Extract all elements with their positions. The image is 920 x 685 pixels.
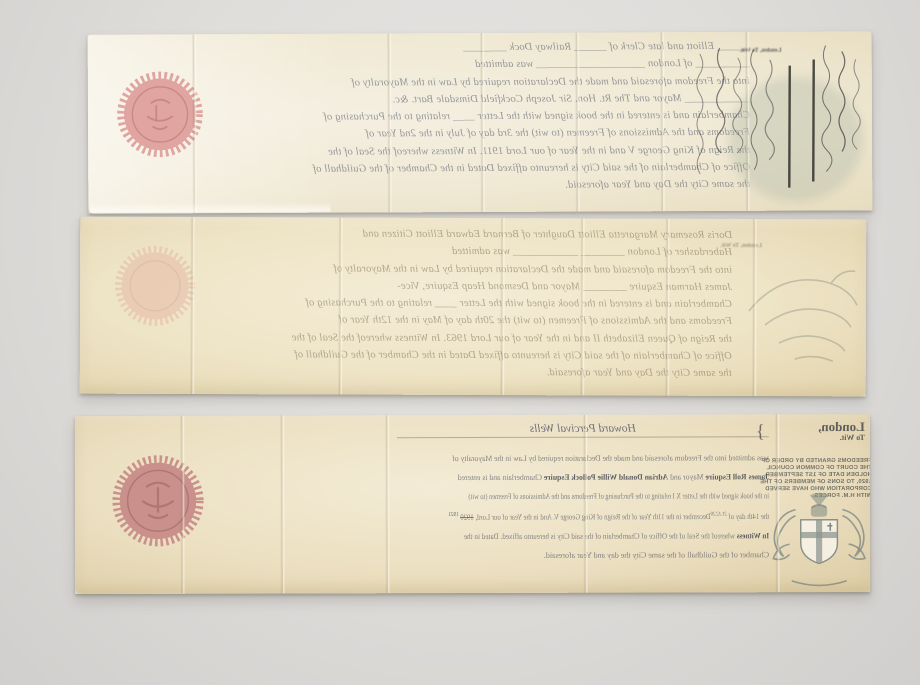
paper-sheet: Doris Rosemary Margaretta Elliott Daught… [80,217,867,397]
corrected-year: 1921 [448,512,458,518]
text-line: Haberdasher of London ________ _________… [184,242,732,261]
embossed-seal [109,452,207,550]
fold-crease [480,33,486,212]
docket-brace: } [756,421,765,443]
mirrored-text-block: Doris Rosemary Margaretta Elliott Daught… [184,225,733,383]
paper-flap [90,202,330,213]
fold-crease [180,416,185,594]
fold-crease [575,33,581,212]
fold-crease [583,415,588,593]
text-line: Chamberlain and is entered in the book s… [184,294,732,313]
text-line: was admitted into the Freedom aforesaid … [415,448,768,468]
vertical-endorsement [686,39,867,204]
fold-crease [385,415,390,593]
fold-crease [745,32,751,211]
text-line: into the Freedom aforesaid and made the … [184,260,732,279]
fold-crease [752,219,758,396]
photo-background: ______ Elliott and late Clerk of ______ … [0,0,920,685]
fold-crease [775,414,780,592]
text-line: Doris Rosemary Margaretta Elliott Daught… [184,225,732,244]
certificate-1963: Doris Rosemary Margaretta Elliott Daught… [80,217,867,397]
fold-crease [190,217,196,394]
fold-crease [580,218,586,395]
text-line: the same City the Day and Year aforesaid… [184,363,732,382]
fold-crease [500,218,506,395]
certificate-1920: Howard Percival Wells was admitted into … [75,414,870,594]
paper-sheet: ______ Elliott and late Clerk of ______ … [88,31,873,213]
fold-crease [192,34,198,213]
handwritten-date-annotation: 21.12.20 [711,511,727,517]
text-line: In Witness whereof the Seal of the Offic… [438,526,769,546]
fold-crease [660,32,666,211]
text-line: James Harman Esquire ________ Mayor and … [184,277,732,296]
certificate-1911: ______ Elliott and late Clerk of ______ … [88,31,873,213]
text-line: Freedoms and the Admissions of Freemen (… [184,311,732,330]
mirrored-text-block: ______ Elliott and late Clerk of ______ … [194,38,751,196]
text-line: Office of Chamberlain of the said City i… [184,346,732,365]
fold-crease [280,415,285,593]
paper-sheet: Howard Percival Wells was admitted into … [75,414,870,594]
ink-stroke [789,66,791,188]
text-line: __________ of London ___________________… [194,55,750,75]
text-line: the same City the Day and Year aforesaid… [194,176,750,196]
fold-crease [387,33,393,212]
text-line: James Roll Esquire Mayor and Adrian Dona… [412,467,769,487]
ink-stroke [813,60,815,182]
fold-crease [338,218,344,395]
text-line: Freedoms and the Admissions of Freemen (… [194,124,750,144]
text-line: in the book signed with the Letter X I r… [471,486,769,506]
fold-crease [665,219,671,396]
struck-year: 1920 [460,513,473,522]
text-line: the Reign of Queen Elizabeth II and in t… [184,329,732,348]
text-line: the 14th day of 21.12.20December in the … [457,505,770,526]
